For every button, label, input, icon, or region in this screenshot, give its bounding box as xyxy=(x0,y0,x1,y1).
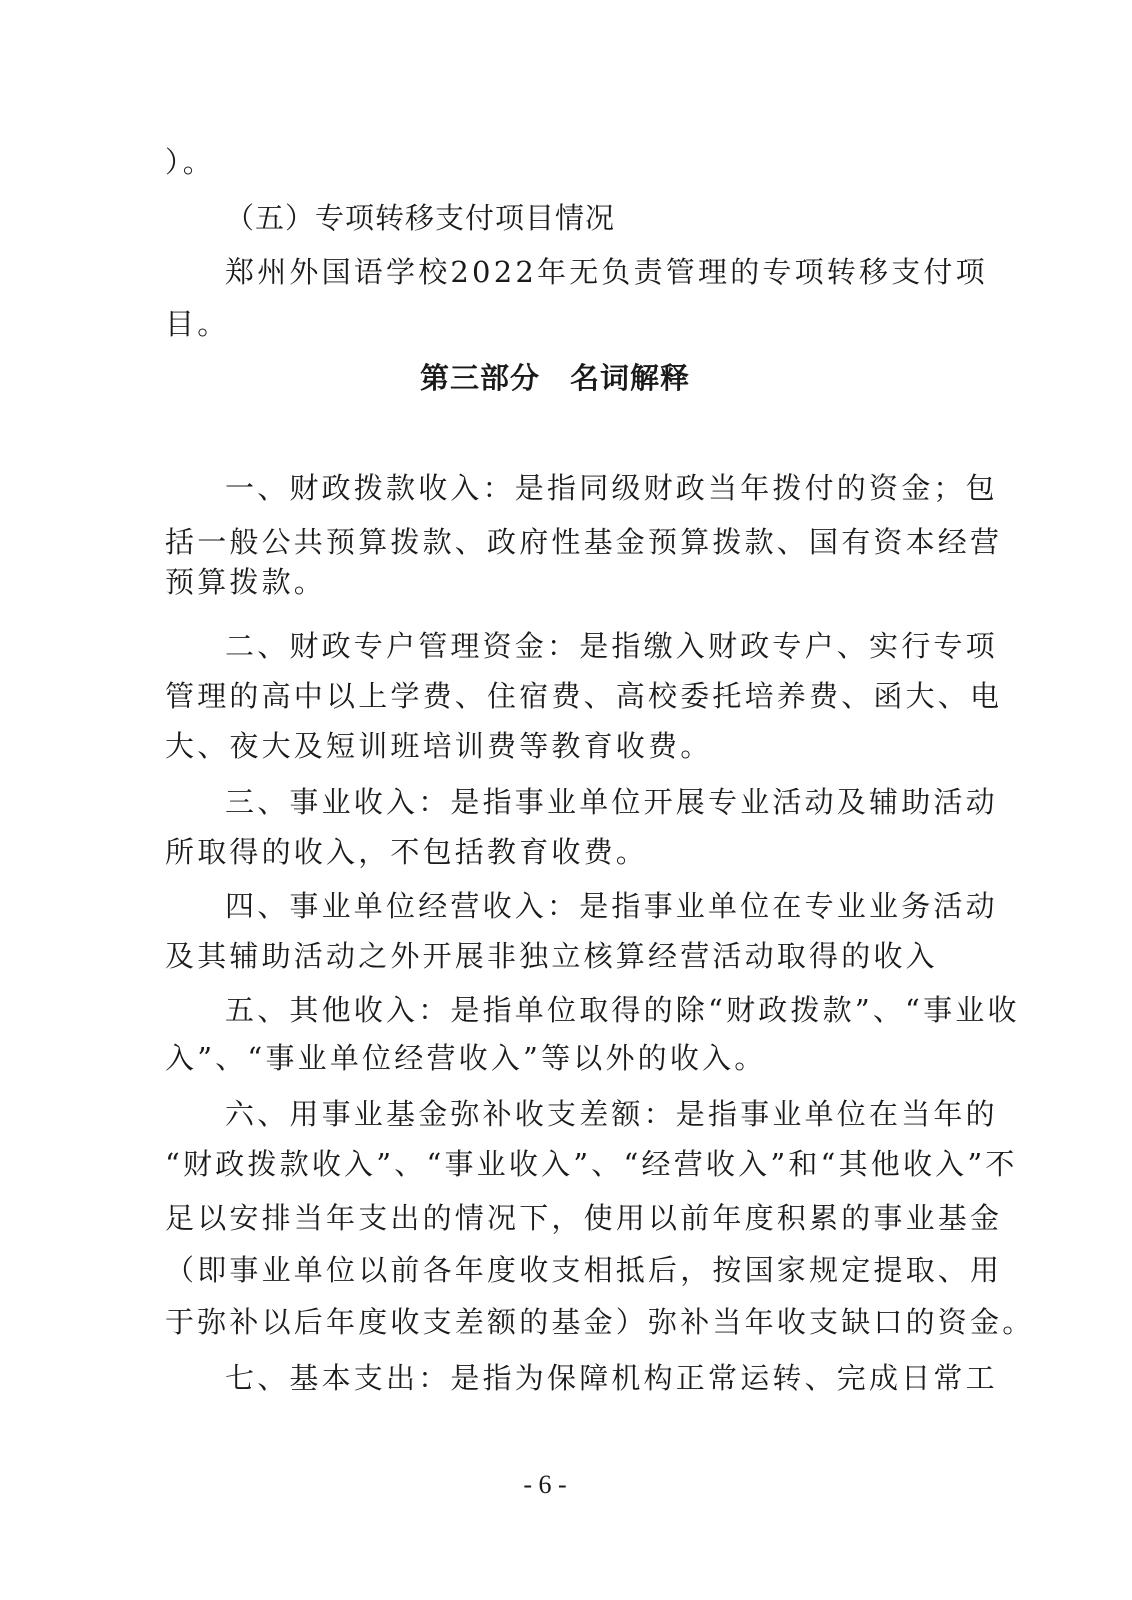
section-heading-5: （五）专项转移支付项目情况 xyxy=(225,198,615,238)
definition-2-line: 大、夜大及短训班培训费等教育收费。 xyxy=(165,726,943,766)
continuation-line: ）。 xyxy=(165,142,943,182)
page-number: - 6 - xyxy=(0,1468,1090,1502)
definition-7-line: 七、基本支出：是指为保障机构正常运转、完成日常工 xyxy=(225,1358,943,1398)
definition-1-line: 一、财政拨款收入：是指同级财政当年拨付的资金；包 xyxy=(225,468,943,508)
definition-6-line: “财政拨款收入”、“事业收入”、“经营收入”和“其他收入”不 xyxy=(165,1144,943,1184)
definition-6-line: 足以安排当年支出的情况下，使用以前年度积累的事业基金 xyxy=(165,1198,943,1238)
definition-5-line: 五、其他收入：是指单位取得的除“财政拨款”、“事业收 xyxy=(225,990,943,1030)
document-page: ）。 （五）专项转移支付项目情况 郑州外国语学校2022年无负责管理的专项转移支… xyxy=(0,0,1132,1600)
definition-5-line: 入”、“事业单位经营收入”等以外的收入。 xyxy=(165,1038,943,1078)
part-heading: 第三部分 名词解释 xyxy=(0,358,1110,398)
paragraph-line: 目。 xyxy=(165,304,943,344)
definition-6-line: （即事业单位以前各年度收支相抵后，按国家规定提取、用 xyxy=(165,1250,943,1290)
definition-4-line: 及其辅助活动之外开展非独立核算经营活动取得的收入 xyxy=(165,936,943,976)
definition-6-line: 六、用事业基金弥补收支差额：是指事业单位在当年的 xyxy=(225,1094,943,1134)
definition-2-line: 管理的高中以上学费、住宿费、高校委托培养费、函大、电 xyxy=(165,676,943,716)
definition-4-line: 四、事业单位经营收入：是指事业单位在专业业务活动 xyxy=(225,886,943,926)
definition-1-line: 预算拨款。 xyxy=(165,562,943,602)
definition-3-line: 三、事业收入：是指事业单位开展专业活动及辅助活动 xyxy=(225,782,943,822)
definition-1-line: 括一般公共预算拨款、政府性基金预算拨款、国有资本经营 xyxy=(165,522,943,562)
definition-2-line: 二、财政专户管理资金：是指缴入财政专户、实行专项 xyxy=(225,626,943,666)
definition-6-line: 于弥补以后年度收支差额的基金）弥补当年收支缺口的资金。 xyxy=(165,1302,943,1342)
definition-3-line: 所取得的收入，不包括教育收费。 xyxy=(165,832,943,872)
paragraph-line: 郑州外国语学校2022年无负责管理的专项转移支付项 xyxy=(225,252,943,292)
